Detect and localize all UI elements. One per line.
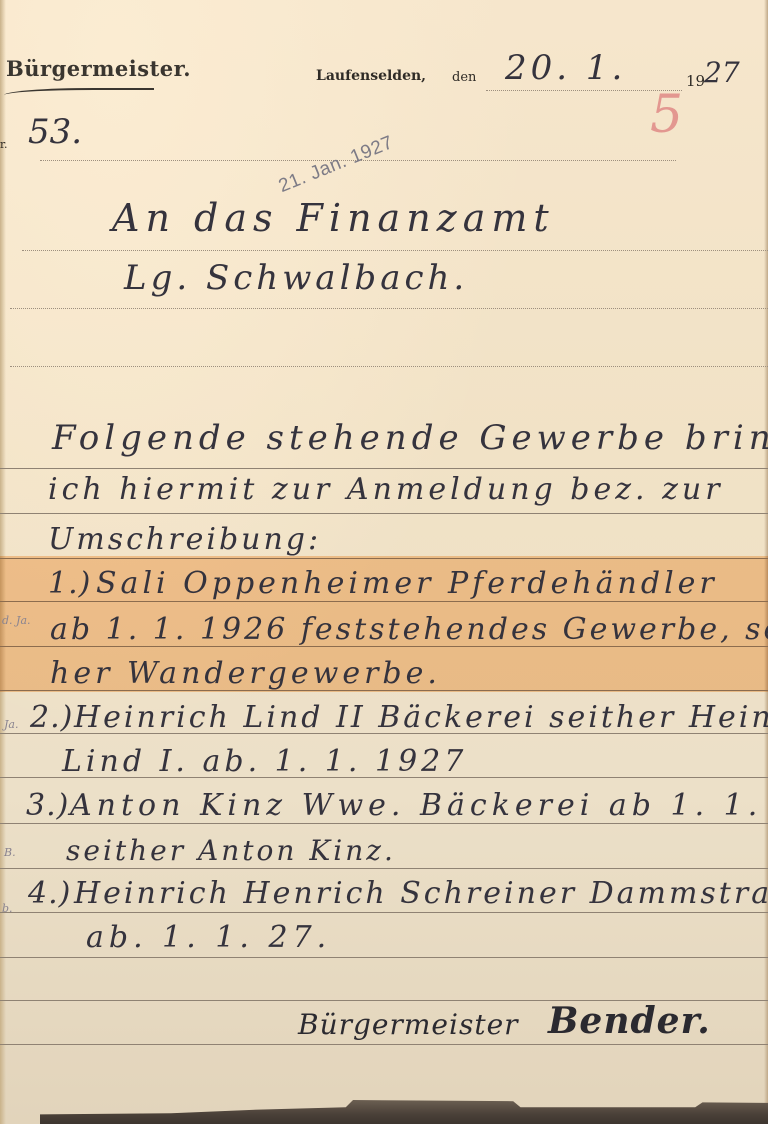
received-date-stamp: 21. Jan. 1927 [276,132,397,198]
rule-10 [0,868,768,869]
entry-3-number: 3.) [26,788,69,823]
signature-title: Bürgermeister [298,1008,519,1041]
entry-4-line-2: ab. 1. 1. 27. [86,920,331,955]
entry-1-margin-note: d. Ja. [2,614,31,627]
rule-11 [0,912,768,913]
entry-2-number: 2.) [30,700,73,735]
torn-page-edge [40,1100,768,1124]
signature-name: Bender. [548,1000,711,1042]
letterhead-underline [4,88,154,100]
entry-1-number: 1.) [48,566,91,601]
entry-4-margin-note: b. [2,902,13,915]
intro-line-1: Folgende stehende Gewerbe bringe [52,418,768,458]
recipient-line-1: An das Finanzamt [112,196,555,240]
handwritten-date: 20. 1. [505,48,626,88]
entry-1-line-3: her Wandergewerbe. [50,656,441,691]
letterhead-office: Bürgermeister. [6,56,191,81]
entry-4-number: 4.) [28,876,71,911]
entry-1-line-2: ab 1. 1. 1926 feststehendes Gewerbe, sei… [50,612,768,647]
year-suffix: 27 [704,56,740,89]
rule-2 [0,513,768,514]
form-line-2 [22,250,768,251]
rule-12 [0,957,768,958]
letterhead-place: Laufenselden, [316,68,426,84]
recipient-line-2: Lg. Schwalbach. [124,258,468,298]
entry-2-line-1: Heinrich Lind II Bäckerei seither Heinri… [74,700,768,735]
number-prefix: r. [0,138,8,151]
form-line-4 [10,366,768,367]
entry-2-margin-note: Ja. [4,718,18,731]
entry-1-line-1: Sali Oppenheimer Pferdehändler [96,566,718,601]
red-pencil-mark: 5 [650,85,683,145]
entry-3-line-1: Anton Kinz Wwe. Bäckerei ab 1. 1. 27 [70,788,768,823]
intro-line-2: ich hiermit zur Anmeldung bez. zur [48,472,724,507]
intro-line-3: Umschreibung: [48,522,321,557]
rule-9 [0,823,768,824]
document-page: Bürgermeister. r. 53. Laufenselden, den … [0,0,768,1124]
entry-2-line-2: Lind I. ab. 1. 1. 1927 [62,744,467,779]
entry-4-line-1: Heinrich Henrich Schreiner Dammstraße [74,876,768,911]
form-line-3 [10,308,768,309]
entry-3-margin-note: B. [4,846,16,859]
entry-3-line-2: seither Anton Kinz. [66,834,396,867]
year-prefix: 19 [686,72,705,90]
rule-1 [0,468,768,469]
letterhead-den: den [452,70,476,85]
document-number: 53. [28,112,82,152]
rule-14 [0,1044,768,1045]
